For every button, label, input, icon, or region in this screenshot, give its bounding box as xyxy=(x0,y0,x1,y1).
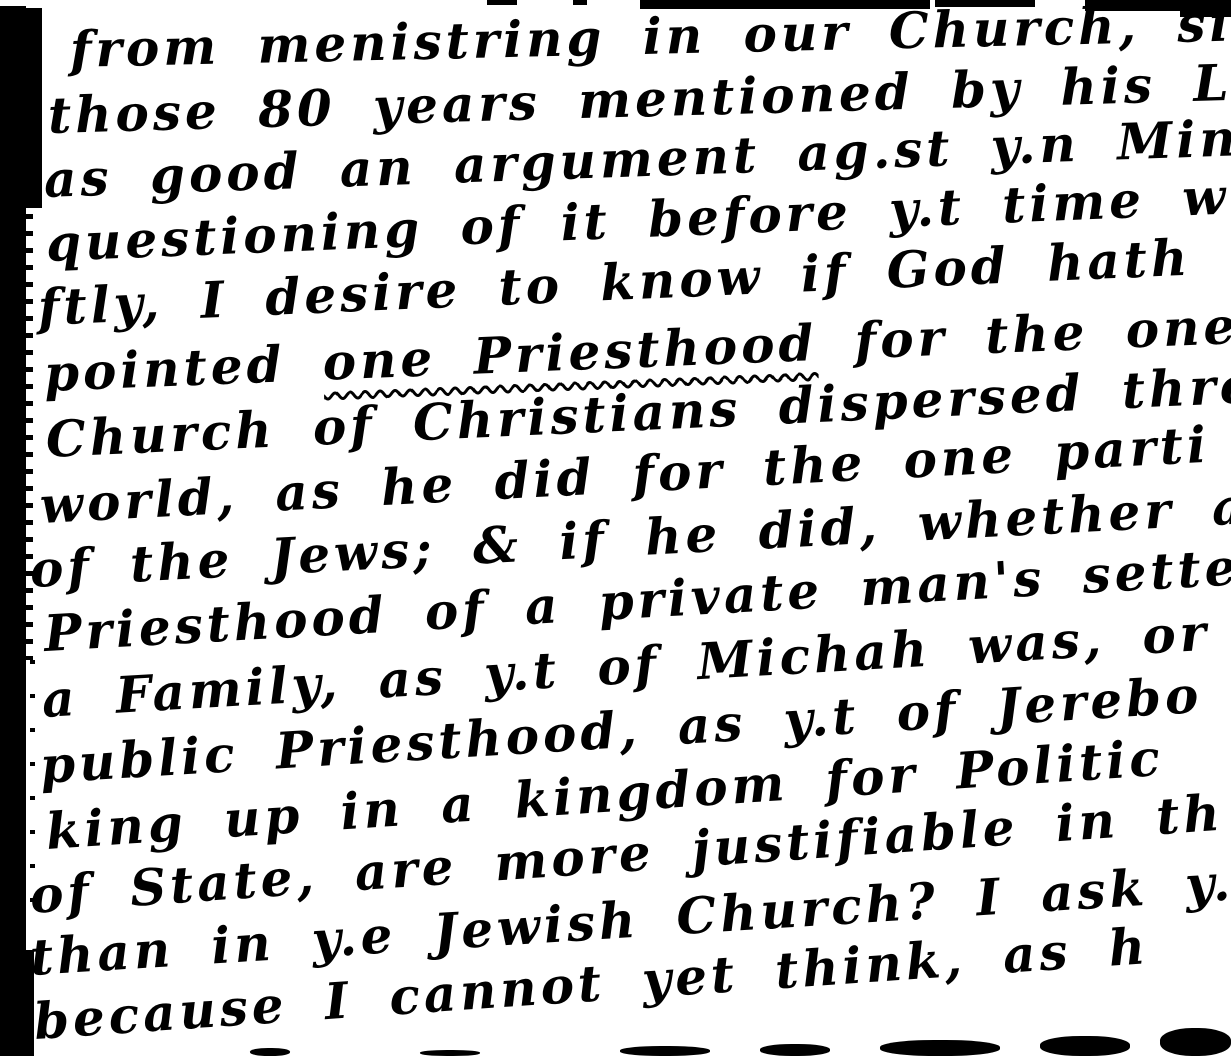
bottom-edge-ink-fragment xyxy=(250,1048,290,1056)
bottom-edge-ink-fragment xyxy=(760,1044,830,1056)
scan-gutter-top-wedge xyxy=(0,8,42,208)
top-edge-ink-fragment xyxy=(573,0,587,5)
bottom-edge-ink-fragment xyxy=(880,1040,1000,1056)
bottom-edge-ink-fragment xyxy=(620,1046,710,1056)
bottom-edge-ink-fragment xyxy=(1160,1028,1231,1056)
manuscript-page: from menistring in our Church, since tho… xyxy=(0,0,1231,1056)
line-6-pre: pointed xyxy=(43,333,324,403)
top-edge-ink-fragment xyxy=(487,0,517,5)
scan-gutter-bottom-wedge xyxy=(0,950,34,1056)
bottom-edge-ink-fragment xyxy=(420,1050,480,1056)
bottom-edge-ink-fragment xyxy=(1040,1036,1130,1056)
